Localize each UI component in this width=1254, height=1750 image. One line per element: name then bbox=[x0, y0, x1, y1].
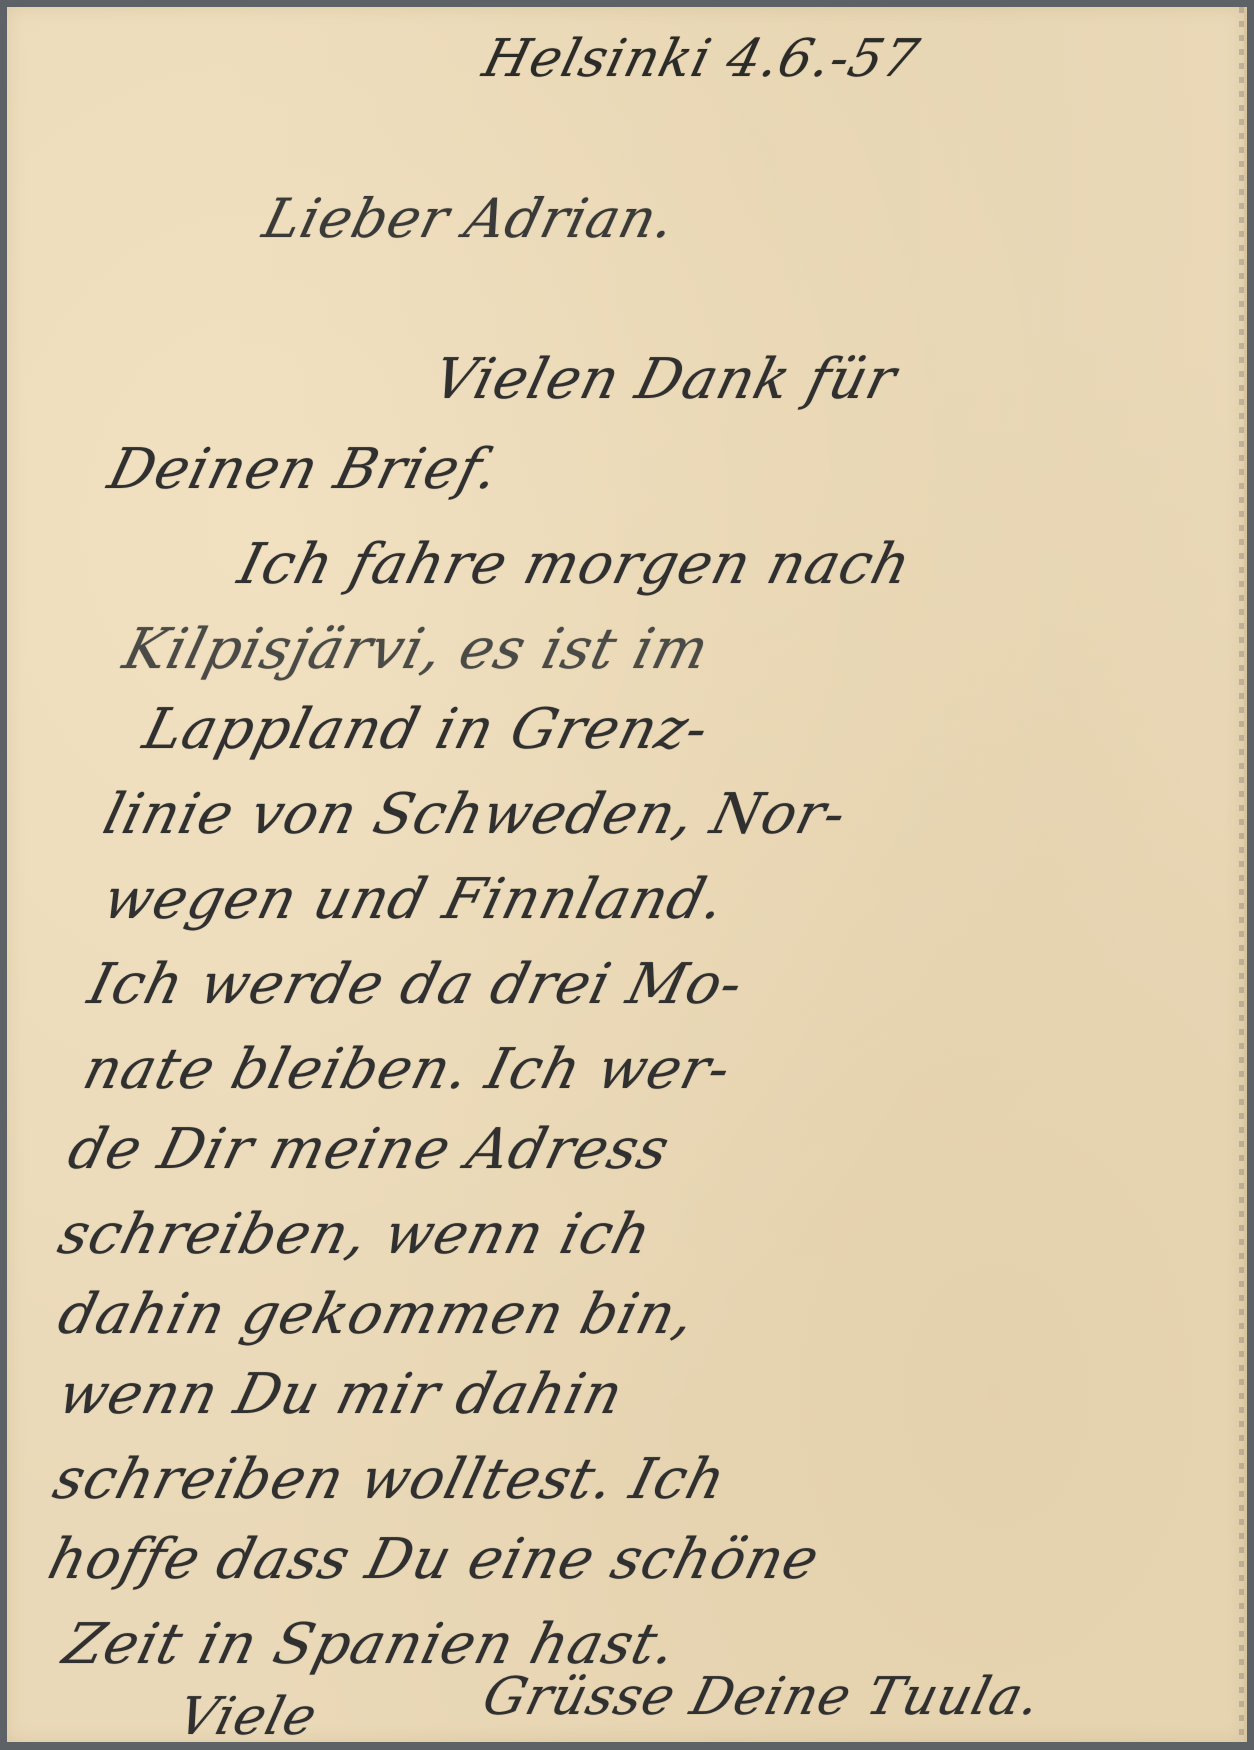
letter-line-11: schreiben, wenn ich bbox=[52, 1202, 658, 1267]
letter-line-2: Deinen Brief. bbox=[102, 437, 506, 502]
letter-line-3: Ich fahre morgen nach bbox=[232, 532, 918, 597]
letter-line-5: Lappland in Grenz- bbox=[137, 697, 715, 762]
letter-line-4: Kilpisjärvi, es ist im bbox=[117, 617, 716, 682]
closing-viele: Viele bbox=[172, 1687, 323, 1747]
letter-line-14: schreiben wolltest. Ich bbox=[47, 1447, 733, 1512]
salutation: Lieber Adrian. bbox=[257, 187, 682, 250]
postcard: Helsinki 4.6.-57 Lieber Adrian. Vielen D… bbox=[7, 7, 1247, 1742]
letter-line-13: wenn Du mir dahin bbox=[52, 1362, 630, 1427]
letter-line-10: de Dir meine Adress bbox=[62, 1117, 676, 1182]
letter-line-6: linie von Schweden, Nor- bbox=[97, 782, 853, 847]
letter-line-15: hoffe dass Du eine schöne bbox=[42, 1527, 826, 1592]
place-date: Helsinki 4.6.-57 bbox=[477, 29, 925, 89]
closing-signature: Grüsse Deine Tuula. bbox=[477, 1667, 1047, 1727]
letter-line-12: dahin gekommen bin, bbox=[52, 1282, 702, 1347]
scan-frame: Helsinki 4.6.-57 Lieber Adrian. Vielen D… bbox=[0, 0, 1254, 1750]
torn-edge bbox=[1239, 7, 1244, 1742]
letter-line-7: wegen und Finnland. bbox=[97, 867, 732, 932]
letter-line-1: Vielen Dank für bbox=[427, 347, 903, 412]
letter-line-8: Ich werde da drei Mo- bbox=[82, 952, 750, 1017]
letter-line-9: nate bleiben. Ich wer- bbox=[77, 1037, 738, 1102]
